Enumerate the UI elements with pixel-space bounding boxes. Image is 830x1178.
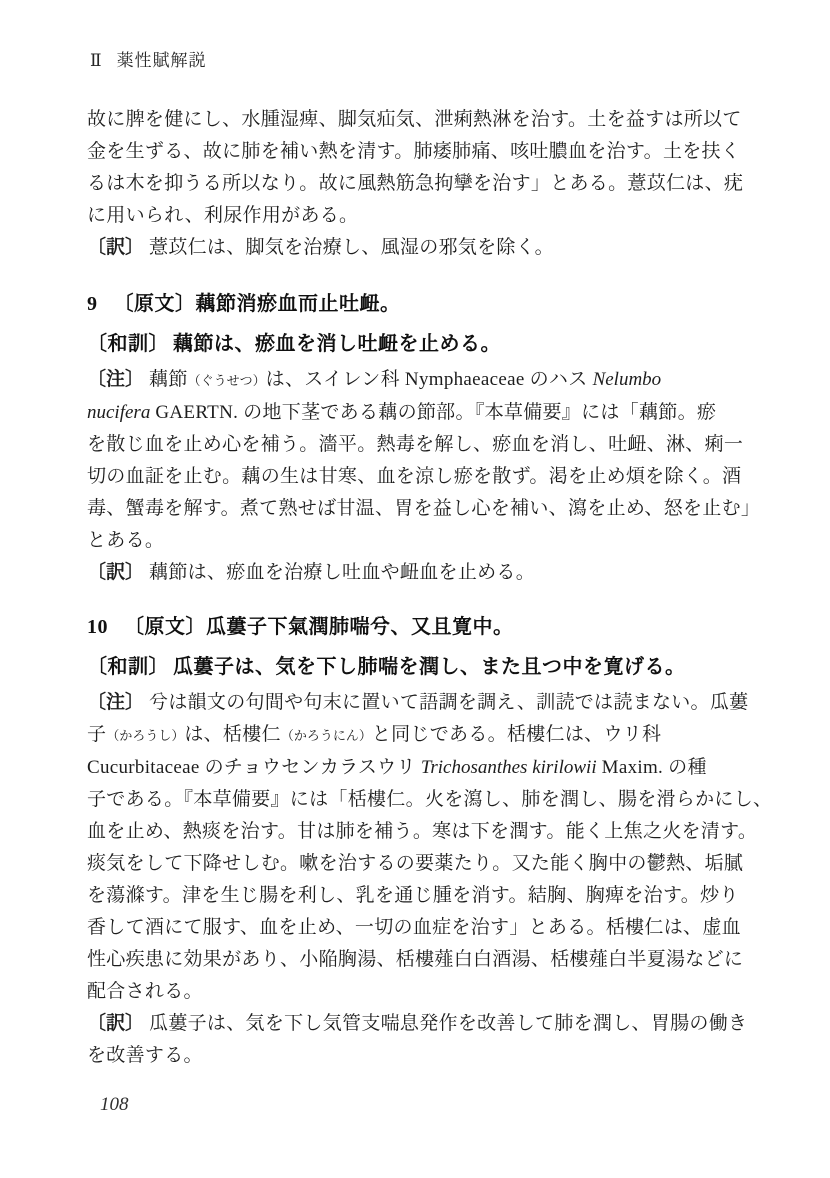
text-line: 配合される。 [87, 976, 749, 1008]
section-number: 9 [87, 293, 98, 315]
text-line: 〔注〕藕節（ぐうせつ）は、スイレン科 Nymphaeaceae のハス Nelu… [87, 364, 749, 397]
genbun-text: 藕節消瘀血而止吐衄。 [196, 293, 401, 315]
text-line: を蕩滌す。津を生じ腸を利し、乳を通じ腫を消す。結胸、胸痺を治す。炒り [87, 880, 749, 912]
section-10-note: 〔注〕兮は韻文の句間や句末に置いて語調を調え、訓読では読まない。瓜蔞 子（かろう… [87, 687, 749, 1008]
section-number: 10 [87, 616, 108, 638]
section-10-heading: 10〔原文〕瓜蔞子下氣潤肺喘兮、又且寛中。 [87, 607, 749, 647]
text-line: 毒、蟹毒を解す。煮て熟せば甘温、胃を益し心を補い、瀉を止め、怒を止む」 [87, 493, 749, 525]
text-line: るは木を抑うる所以なり。故に風熱筋急拘攣を治す」とある。薏苡仁は、疣 [87, 168, 749, 200]
section-9-wakun: 〔和訓〕藕節は、瘀血を消し吐衄を止める。 [87, 324, 749, 364]
intro-translation: 〔訳〕薏苡仁は、脚気を治療し、風湿の邪気を除く。 [87, 232, 749, 264]
text-line: 〔注〕兮は韻文の句間や句末に置いて語調を調え、訓読では読まない。瓜蔞 [87, 687, 749, 719]
text-line: 性心疾患に効果があり、小陥胸湯、栝樓薤白白酒湯、栝樓薤白半夏湯などに [87, 944, 749, 976]
text-line: 〔訳〕薏苡仁は、脚気を治療し、風湿の邪気を除く。 [87, 232, 749, 264]
book-page: Ⅱ薬性賦解説 故に脾を健にし、水腫湿痺、脚気疝気、泄痢熱淋を治す。土を益すは所以… [0, 0, 830, 1178]
text-line: 香して酒にて服す、血を止め、一切の血症を治す」とある。栝樓仁は、虚血 [87, 912, 749, 944]
text-line: 〔訳〕瓜蔞子は、気を下し気管支喘息発作を改善して肺を潤し、胃腸の働き [87, 1008, 749, 1040]
text-line: Cucurbitaceae のチョウセンカラスウリ Trichosanthes … [87, 752, 749, 784]
section-9-translation: 〔訳〕藕節は、瘀血を治療し吐血や衄血を止める。 [87, 557, 749, 589]
text-line: 〔訳〕藕節は、瘀血を治療し吐血や衄血を止める。 [87, 557, 749, 589]
text-line: 故に脾を健にし、水腫湿痺、脚気疝気、泄痢熱淋を治す。土を益すは所以て [87, 104, 749, 136]
intro-paragraph: 故に脾を健にし、水腫湿痺、脚気疝気、泄痢熱淋を治す。土を益すは所以て 金を生ずる… [87, 104, 749, 232]
section-9-heading: 9〔原文〕藕節消瘀血而止吐衄。 [87, 284, 749, 324]
text-line: を散じ血を止め心を補う。濇平。熱毒を解し、瘀血を消し、吐衄、淋、痢一 [87, 429, 749, 461]
wakun-label: 〔和訓〕 [87, 333, 169, 355]
genbun-label: 〔原文〕 [124, 616, 206, 638]
genbun-text: 瓜蔞子下氣潤肺喘兮、又且寛中。 [206, 616, 514, 638]
text-line: nucifera GAERTN. の地下茎である藕の節部。『本草備要』には「藕節… [87, 397, 749, 429]
section-9-note: 〔注〕藕節（ぐうせつ）は、スイレン科 Nymphaeaceae のハス Nelu… [87, 364, 749, 557]
text-line: とある。 [87, 525, 749, 557]
section-10-translation: 〔訳〕瓜蔞子は、気を下し気管支喘息発作を改善して肺を潤し、胃腸の働き を改善する… [87, 1008, 749, 1072]
wakun-label: 〔和訓〕 [87, 656, 169, 678]
text-line: を改善する。 [87, 1040, 749, 1072]
text-line: 子である。『本草備要』には「栝樓仁。火を瀉し、肺を潤し、腸を滑らかにし、 [87, 784, 749, 816]
genbun-label: 〔原文〕 [114, 293, 196, 315]
text-line: 子（かろうし）は、栝樓仁（かろうにん）と同じである。栝樓仁は、ウリ科 [87, 719, 749, 752]
wakun-text: 瓜蔞子は、気を下し肺喘を潤し、また且つ中を寛げる。 [173, 656, 686, 678]
page-number: 108 [100, 1094, 129, 1116]
text-line: 血を止め、熱痰を治す。甘は肺を補う。寒は下を潤す。能く上焦之火を清す。 [87, 816, 749, 848]
text-line: 切の血証を止む。藕の生は甘寒、血を涼し瘀を散ず。渇を止め煩を除く。酒 [87, 461, 749, 493]
text-line: 痰気をして下降せしむ。嗽を治するの要薬たり。又た能く胸中の鬱熱、垢膩 [87, 848, 749, 880]
wakun-text: 藕節は、瘀血を消し吐衄を止める。 [173, 333, 501, 355]
text-line: 金を生ずる、故に肺を補い熱を清す。肺痿肺痛、咳吐膿血を治す。土を扶く [87, 136, 749, 168]
text-column: 故に脾を健にし、水腫湿痺、脚気疝気、泄痢熱淋を治す。土を益すは所以て 金を生ずる… [87, 0, 749, 1072]
section-10-wakun: 〔和訓〕瓜蔞子は、気を下し肺喘を潤し、また且つ中を寛げる。 [87, 647, 749, 687]
text-line: に用いられ、利尿作用がある。 [87, 200, 749, 232]
